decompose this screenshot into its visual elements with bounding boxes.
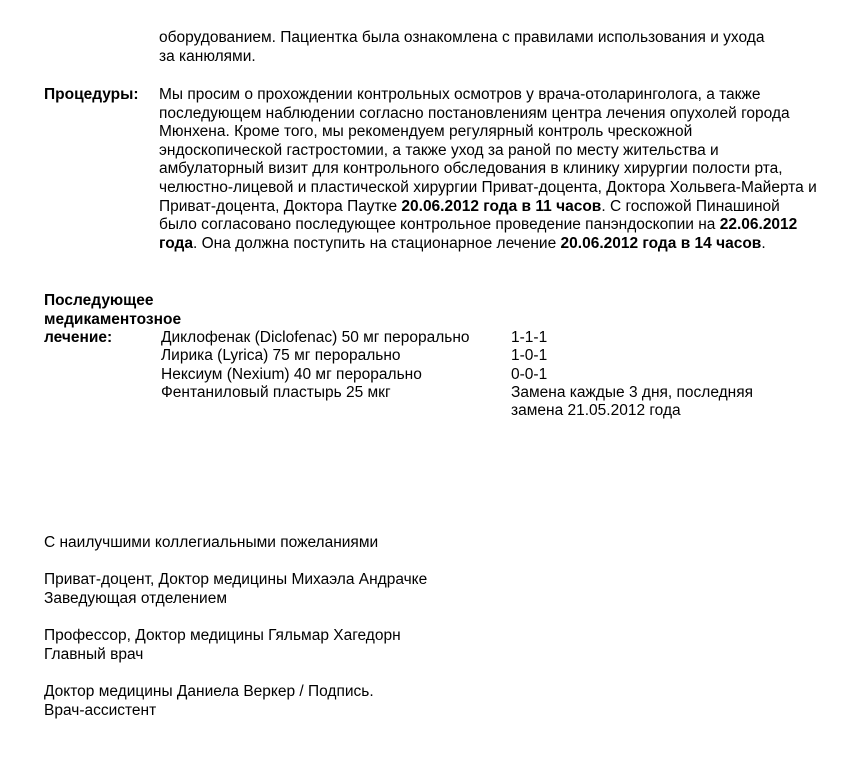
medication-row: Фентаниловый пластырь 25 мкг Замена кажд… xyxy=(161,384,791,421)
procedures-text-part3: . Она должна поступить на стационарное л… xyxy=(193,235,561,252)
medication-dose-line-1: Замена каждые 3 дня, последняя xyxy=(511,384,791,402)
signature-name: Профессор, Доктор медицины Гяльмар Хагед… xyxy=(44,627,544,646)
signature-role: Заведующая отделением xyxy=(44,590,544,609)
procedures-text: Мы просим о прохождении контрольных осмо… xyxy=(159,86,819,253)
signature-role: Врач-ассистент xyxy=(44,702,544,721)
continued-line-2: за канюлями. xyxy=(159,48,819,67)
procedures-text-part1: Мы просим о прохождении контрольных осмо… xyxy=(159,86,817,215)
medication-dose: 1-1-1 xyxy=(511,329,791,347)
procedures-date-3: 20.06.2012 года в 14 часов xyxy=(561,235,762,252)
medication-row: Нексиум (Nexium) 40 мг перорально 0-0-1 xyxy=(161,366,791,384)
signature-block: Приват-доцент, Доктор медицины Михаэла А… xyxy=(44,571,544,608)
medication-name: Диклофенак (Diclofenac) 50 мг перорально xyxy=(161,329,511,347)
medication-label-line-1: Последующее xyxy=(44,292,194,311)
signature-role: Главный врач xyxy=(44,646,544,665)
procedures-date-1: 20.06.2012 года в 11 часов xyxy=(401,198,601,215)
continued-line-1: оборудованием. Пациентка была ознакомлен… xyxy=(159,29,819,48)
continued-paragraph: оборудованием. Пациентка была ознакомлен… xyxy=(159,29,819,66)
medication-label-line-2: медикаментозное xyxy=(44,311,194,330)
medication-table: Диклофенак (Diclofenac) 50 мг перорально… xyxy=(161,329,791,420)
medication-dose-line-2: замена 21.05.2012 года xyxy=(511,402,791,420)
medication-row: Диклофенак (Diclofenac) 50 мг перорально… xyxy=(161,329,791,347)
medication-name: Лирика (Lyrica) 75 мг перорально xyxy=(161,347,511,365)
signature-block: Доктор медицины Даниела Веркер / Подпись… xyxy=(44,683,544,720)
medication-dose: 0-0-1 xyxy=(511,366,791,384)
medication-dose: 1-0-1 xyxy=(511,347,791,365)
signature-block: Профессор, Доктор медицины Гяльмар Хагед… xyxy=(44,627,544,664)
medication-dose: Замена каждые 3 дня, последняя замена 21… xyxy=(511,384,791,421)
signature-name: Доктор медицины Даниела Веркер / Подпись… xyxy=(44,683,544,702)
document-page: оборудованием. Пациентка была ознакомлен… xyxy=(0,0,841,776)
procedures-label: Процедуры: xyxy=(44,86,139,105)
medication-name: Нексиум (Nexium) 40 мг перорально xyxy=(161,366,511,384)
medication-name: Фентаниловый пластырь 25 мкг xyxy=(161,384,511,421)
closing-greeting: С наилучшими коллегиальными пожеланиями xyxy=(44,534,544,553)
procedures-text-part4: . xyxy=(761,235,765,252)
signature-name: Приват-доцент, Доктор медицины Михаэла А… xyxy=(44,571,544,590)
medication-row: Лирика (Lyrica) 75 мг перорально 1-0-1 xyxy=(161,347,791,365)
